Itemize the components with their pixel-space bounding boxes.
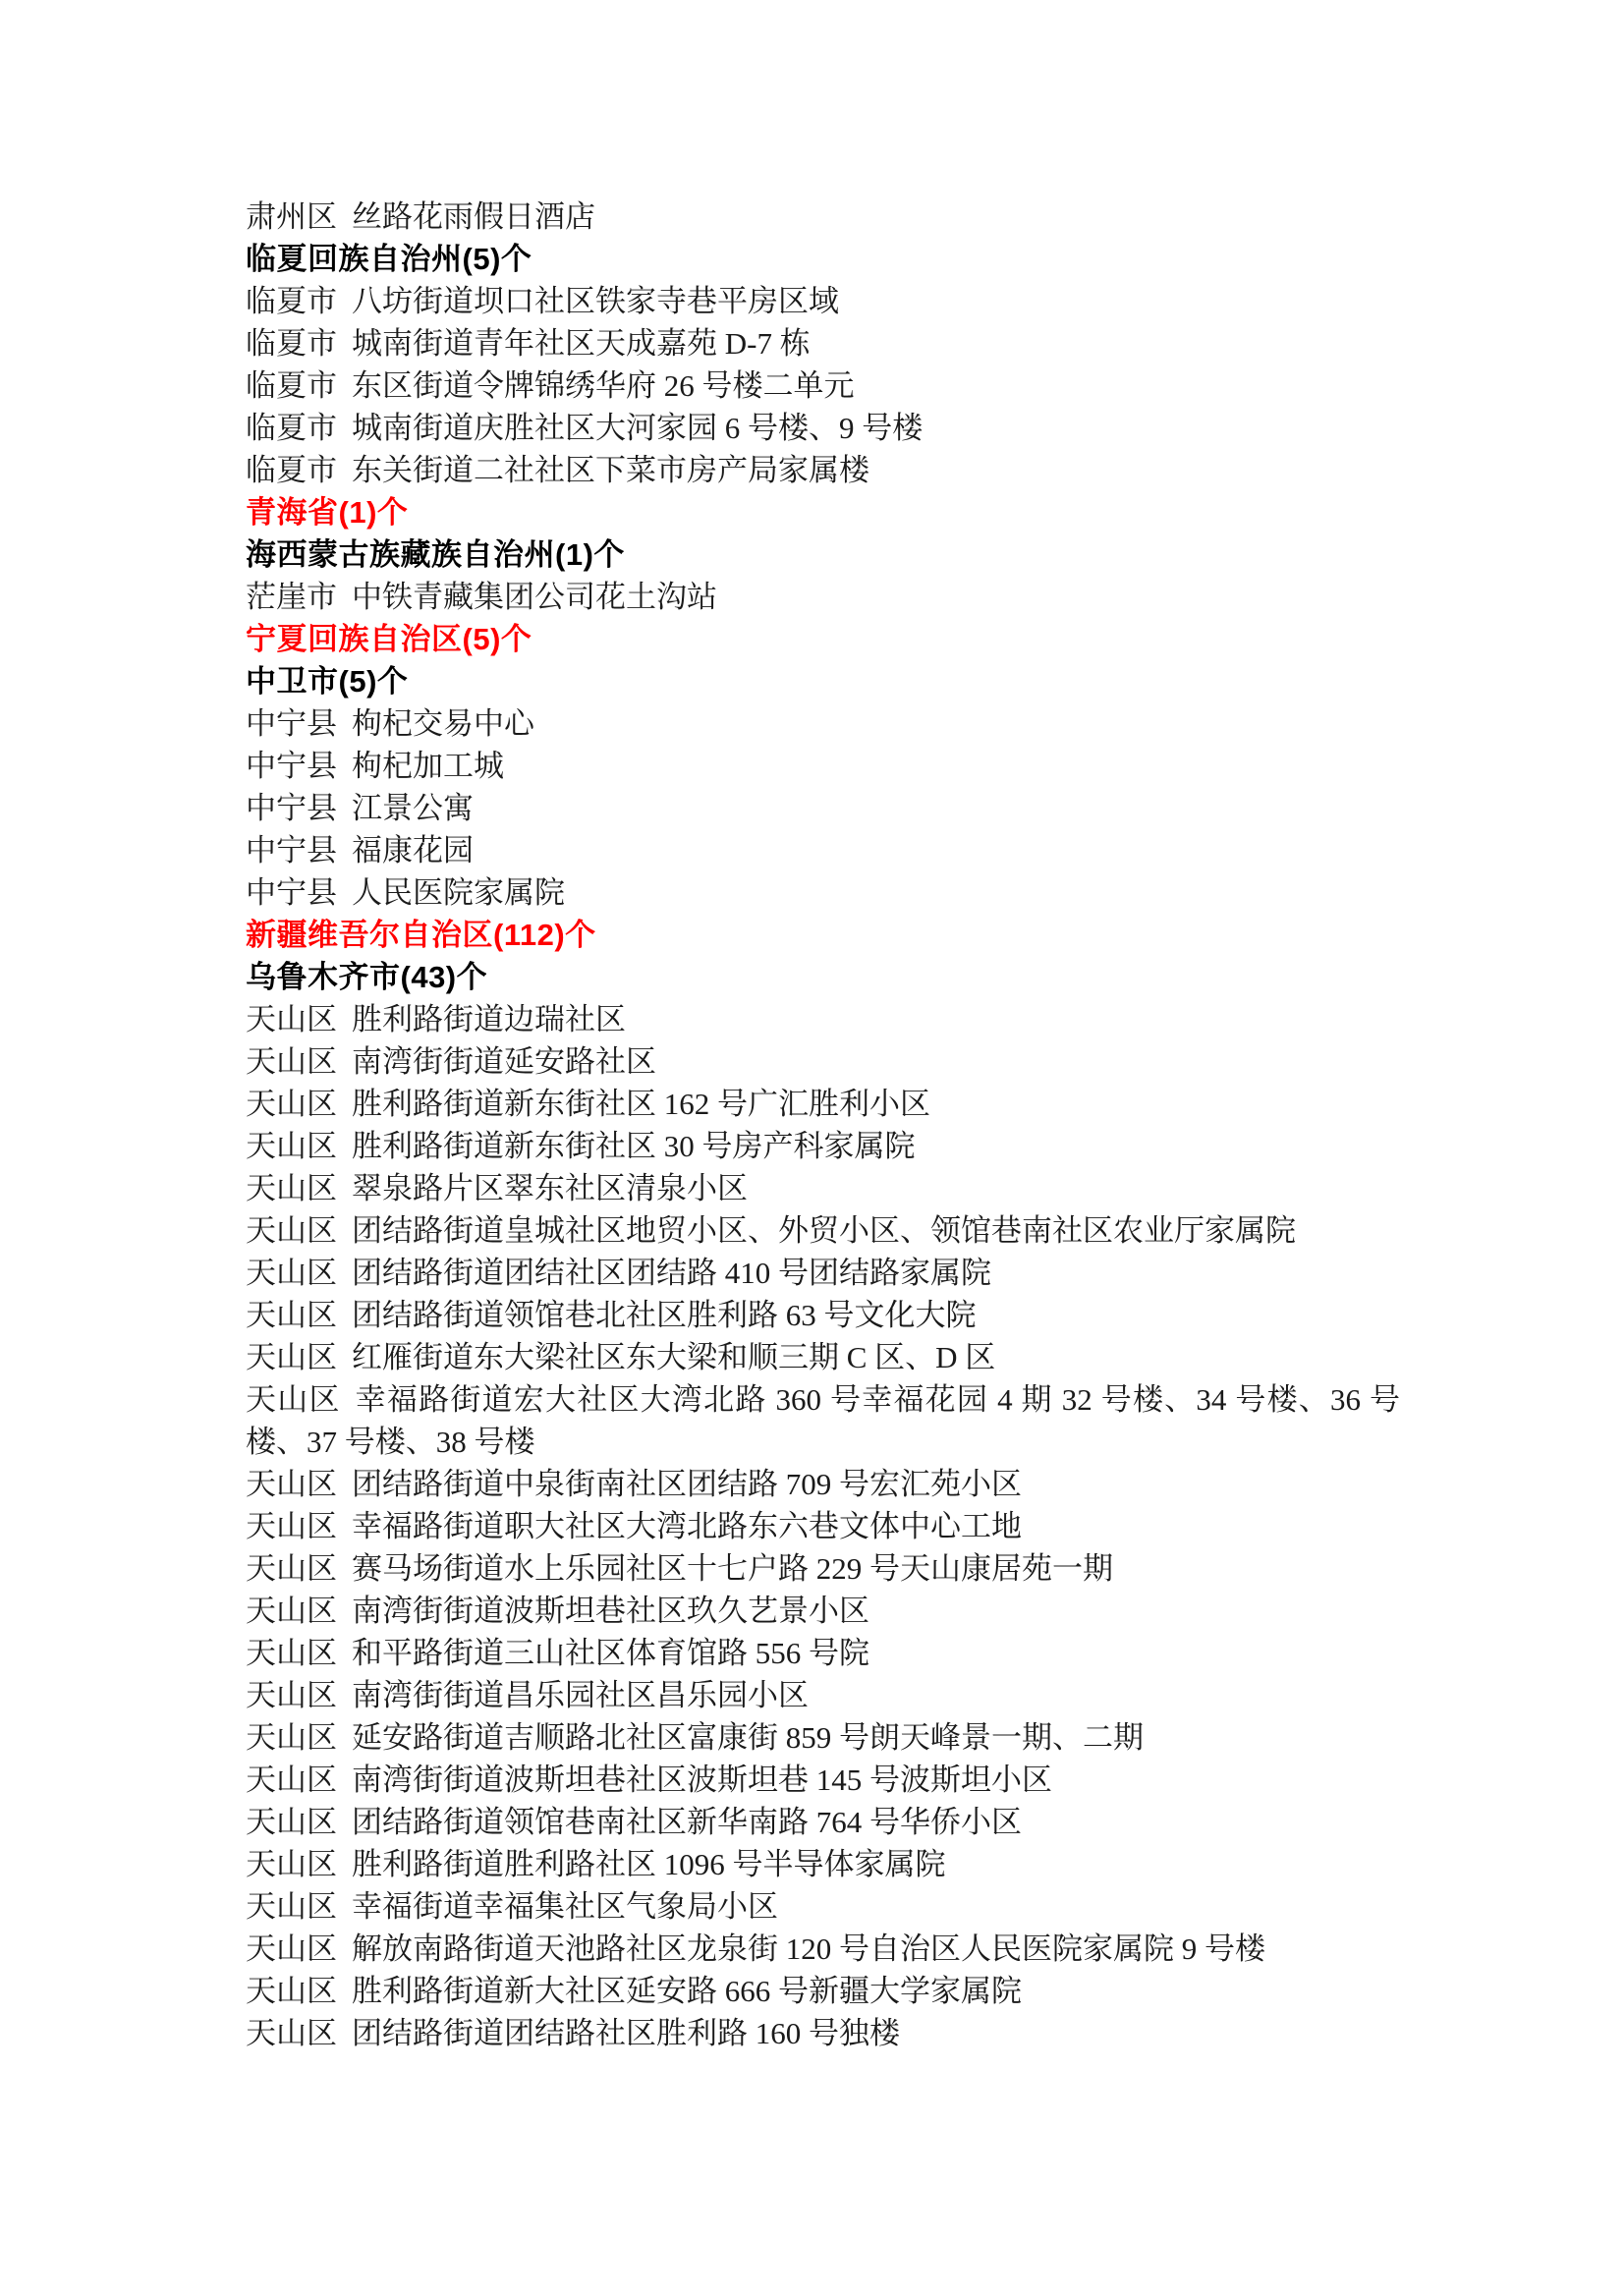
location-text: 南湾街街道波斯坦巷社区波斯坦巷 145 号波斯坦小区 <box>352 1763 1052 1797</box>
list-entry: 天山区南湾街街道波斯坦巷社区波斯坦巷 145 号波斯坦小区 <box>246 1759 1400 1801</box>
list-entry: 天山区胜利路街道新东街社区 162 号广汇胜利小区 <box>246 1083 1400 1125</box>
list-entry: 天山区幸福路街道宏大社区大湾北路 360 号幸福花园 4 期 32 号楼、34 … <box>246 1378 1400 1463</box>
location-text: 城南街道青年社区天成嘉苑 D-7 栋 <box>352 326 811 361</box>
location-text: 胜利路街道新大社区延安路 666 号新疆大学家属院 <box>352 1974 1022 2008</box>
district-label: 中宁县 <box>246 749 337 783</box>
district-label: 天山区 <box>246 1636 337 1670</box>
location-text: 海西蒙古族藏族自治州(1)个 <box>246 537 625 572</box>
list-entry: 肃州区丝路花雨假日酒店 <box>246 196 1400 238</box>
district-label: 天山区 <box>246 1763 337 1797</box>
district-label: 天山区 <box>246 1044 337 1079</box>
list-entry: 天山区团结路街道皇城社区地贸小区、外贸小区、领馆巷南社区农业厅家属院 <box>246 1209 1400 1252</box>
district-label: 天山区 <box>246 1382 341 1417</box>
list-entry: 临夏市东区街道令牌锦绣华府 26 号楼二单元 <box>246 364 1400 407</box>
location-text: 青海省(1)个 <box>246 495 408 530</box>
list-entry: 天山区红雁街道东大梁社区东大梁和顺三期 C 区、D 区 <box>246 1336 1400 1378</box>
list-entry: 中宁县枸杞交易中心 <box>246 702 1400 745</box>
district-label: 天山区 <box>246 1551 337 1586</box>
list-entry: 天山区解放南路街道天池路社区龙泉街 120 号自治区人民医院家属院 9 号楼 <box>246 1928 1400 1970</box>
province-header: 新疆维吾尔自治区(112)个 <box>246 914 1400 956</box>
location-text: 解放南路街道天池路社区龙泉街 120 号自治区人民医院家属院 9 号楼 <box>352 1931 1265 1966</box>
list-entry: 临夏市城南街道青年社区天成嘉苑 D-7 栋 <box>246 322 1400 364</box>
district-label: 中宁县 <box>246 875 337 910</box>
list-entry: 中宁县枸杞加工城 <box>246 745 1400 787</box>
list-entry: 临夏市城南街道庆胜社区大河家园 6 号楼、9 号楼 <box>246 407 1400 449</box>
document-page: 肃州区丝路花雨假日酒店 临夏回族自治州(5)个 临夏市八坊街道坝口社区铁家寺巷平… <box>0 0 1624 2295</box>
district-label: 天山区 <box>246 1889 337 1924</box>
district-label: 天山区 <box>246 1129 337 1163</box>
list-entry: 天山区胜利路街道边瑞社区 <box>246 998 1400 1040</box>
list-entry: 临夏市八坊街道坝口社区铁家寺巷平房区域 <box>246 280 1400 322</box>
location-text: 翠泉路片区翠东社区清泉小区 <box>352 1171 748 1205</box>
list-entry: 临夏市东关街道二社社区下菜市房产局家属楼 <box>246 449 1400 491</box>
location-text: 中铁青藏集团公司花土沟站 <box>352 580 717 614</box>
district-label: 临夏市 <box>246 411 337 445</box>
district-label: 肃州区 <box>246 199 337 234</box>
list-entry: 天山区团结路街道团结路社区胜利路 160 号独楼 <box>246 2012 1400 2054</box>
district-label: 中宁县 <box>246 706 337 741</box>
list-entry: 中宁县人民医院家属院 <box>246 871 1400 914</box>
location-text: 新疆维吾尔自治区(112)个 <box>246 918 596 952</box>
location-text: 南湾街街道延安路社区 <box>352 1044 656 1079</box>
location-text: 幸福路街道宏大社区大湾北路 360 号幸福花园 4 期 32 号楼、34 号楼、… <box>246 1382 1400 1459</box>
list-entry: 天山区团结路街道团结社区团结路 410 号团结路家属院 <box>246 1252 1400 1294</box>
location-text: 胜利路街道新东街社区 30 号房产科家属院 <box>352 1129 916 1163</box>
list-entry: 中宁县江景公寓 <box>246 787 1400 829</box>
list-entry: 天山区南湾街街道波斯坦巷社区玖久艺景小区 <box>246 1590 1400 1632</box>
location-text: 红雁街道东大梁社区东大梁和顺三期 C 区、D 区 <box>352 1340 995 1374</box>
location-text: 胜利路街道边瑞社区 <box>352 1002 626 1036</box>
location-text: 南湾街街道昌乐园社区昌乐园小区 <box>352 1678 809 1712</box>
district-label: 天山区 <box>246 1340 337 1374</box>
district-label: 临夏市 <box>246 453 337 487</box>
district-label: 天山区 <box>246 1213 337 1248</box>
district-label: 天山区 <box>246 1256 337 1290</box>
location-text: 八坊街道坝口社区铁家寺巷平房区域 <box>352 284 839 318</box>
location-text: 枸杞加工城 <box>352 749 504 783</box>
location-text: 胜利路街道新东街社区 162 号广汇胜利小区 <box>352 1087 930 1121</box>
district-label: 天山区 <box>246 2016 337 2050</box>
location-text: 枸杞交易中心 <box>352 706 534 741</box>
district-label: 天山区 <box>246 1087 337 1121</box>
district-label: 天山区 <box>246 1720 337 1755</box>
location-text: 胜利路街道胜利路社区 1096 号半导体家属院 <box>352 1847 946 1881</box>
district-label: 临夏市 <box>246 284 337 318</box>
location-text: 丝路花雨假日酒店 <box>352 199 595 234</box>
district-label: 天山区 <box>246 1931 337 1966</box>
location-text: 幸福街道幸福集社区气象局小区 <box>352 1889 778 1924</box>
list-entry: 天山区延安路街道吉顺路北社区富康街 859 号朗天峰景一期、二期 <box>246 1716 1400 1759</box>
location-text: 延安路街道吉顺路北社区富康街 859 号朗天峰景一期、二期 <box>352 1720 1144 1755</box>
city-header: 海西蒙古族藏族自治州(1)个 <box>246 533 1400 576</box>
list-entry: 茫崖市中铁青藏集团公司花土沟站 <box>246 576 1400 618</box>
location-text: 乌鲁木齐市(43)个 <box>246 960 487 994</box>
list-entry: 天山区和平路街道三山社区体育馆路 556 号院 <box>246 1632 1400 1674</box>
city-header: 临夏回族自治州(5)个 <box>246 238 1400 280</box>
location-text: 赛马场街道水上乐园社区十七户路 229 号天山康居苑一期 <box>352 1551 1113 1586</box>
location-text: 团结路街道中泉街南社区团结路 709 号宏汇苑小区 <box>352 1467 1022 1501</box>
district-label: 天山区 <box>246 1002 337 1036</box>
location-text: 团结路街道团结路社区胜利路 160 号独楼 <box>352 2016 900 2050</box>
location-text: 城南街道庆胜社区大河家园 6 号楼、9 号楼 <box>352 411 923 445</box>
district-label: 中宁县 <box>246 791 337 825</box>
province-header: 青海省(1)个 <box>246 491 1400 533</box>
district-label: 天山区 <box>246 1509 337 1543</box>
location-text: 中卫市(5)个 <box>246 664 408 699</box>
list-entry: 天山区团结路街道领馆巷南社区新华南路 764 号华侨小区 <box>246 1801 1400 1843</box>
district-label: 茫崖市 <box>246 580 337 614</box>
location-text: 和平路街道三山社区体育馆路 556 号院 <box>352 1636 869 1670</box>
location-text: 福康花园 <box>352 833 474 868</box>
city-header: 中卫市(5)个 <box>246 660 1400 702</box>
district-label: 天山区 <box>246 1805 337 1839</box>
district-label: 天山区 <box>246 1594 337 1628</box>
district-label: 临夏市 <box>246 368 337 403</box>
district-label: 天山区 <box>246 1974 337 2008</box>
province-header: 宁夏回族自治区(5)个 <box>246 618 1400 660</box>
list-entry: 天山区团结路街道领馆巷北社区胜利路 63 号文化大院 <box>246 1294 1400 1336</box>
district-label: 天山区 <box>246 1678 337 1712</box>
list-entry: 天山区幸福路街道职大社区大湾北路东六巷文体中心工地 <box>246 1505 1400 1547</box>
location-text: 临夏回族自治州(5)个 <box>246 242 532 276</box>
list-entry: 天山区团结路街道中泉街南社区团结路 709 号宏汇苑小区 <box>246 1463 1400 1505</box>
location-text: 宁夏回族自治区(5)个 <box>246 622 532 656</box>
list-entry: 中宁县福康花园 <box>246 829 1400 871</box>
location-text: 江景公寓 <box>352 791 474 825</box>
district-label: 天山区 <box>246 1298 337 1332</box>
list-entry: 天山区南湾街街道延安路社区 <box>246 1040 1400 1083</box>
district-label: 临夏市 <box>246 326 337 361</box>
list-entry: 天山区胜利路街道新大社区延安路 666 号新疆大学家属院 <box>246 1970 1400 2012</box>
district-label: 中宁县 <box>246 833 337 868</box>
district-label: 天山区 <box>246 1467 337 1501</box>
location-text: 幸福路街道职大社区大湾北路东六巷文体中心工地 <box>352 1509 1022 1543</box>
location-text: 南湾街街道波斯坦巷社区玖久艺景小区 <box>352 1594 869 1628</box>
location-text: 团结路街道团结社区团结路 410 号团结路家属院 <box>352 1256 991 1290</box>
district-label: 天山区 <box>246 1171 337 1205</box>
list-entry: 天山区赛马场街道水上乐园社区十七户路 229 号天山康居苑一期 <box>246 1547 1400 1590</box>
location-text: 人民医院家属院 <box>352 875 565 910</box>
location-text: 东区街道令牌锦绣华府 26 号楼二单元 <box>352 368 855 403</box>
list-entry: 天山区幸福街道幸福集社区气象局小区 <box>246 1885 1400 1928</box>
location-text: 团结路街道领馆巷北社区胜利路 63 号文化大院 <box>352 1298 977 1332</box>
city-header: 乌鲁木齐市(43)个 <box>246 956 1400 998</box>
list-entry: 天山区翠泉路片区翠东社区清泉小区 <box>246 1167 1400 1209</box>
location-text: 团结路街道领馆巷南社区新华南路 764 号华侨小区 <box>352 1805 1022 1839</box>
location-text: 团结路街道皇城社区地贸小区、外贸小区、领馆巷南社区农业厅家属院 <box>352 1213 1296 1248</box>
district-label: 天山区 <box>246 1847 337 1881</box>
list-entry: 天山区胜利路街道胜利路社区 1096 号半导体家属院 <box>246 1843 1400 1885</box>
list-entry: 天山区南湾街街道昌乐园社区昌乐园小区 <box>246 1674 1400 1716</box>
location-text: 东关街道二社社区下菜市房产局家属楼 <box>352 453 869 487</box>
list-entry: 天山区胜利路街道新东街社区 30 号房产科家属院 <box>246 1125 1400 1167</box>
risk-area-list: 肃州区丝路花雨假日酒店 临夏回族自治州(5)个 临夏市八坊街道坝口社区铁家寺巷平… <box>246 196 1400 2054</box>
